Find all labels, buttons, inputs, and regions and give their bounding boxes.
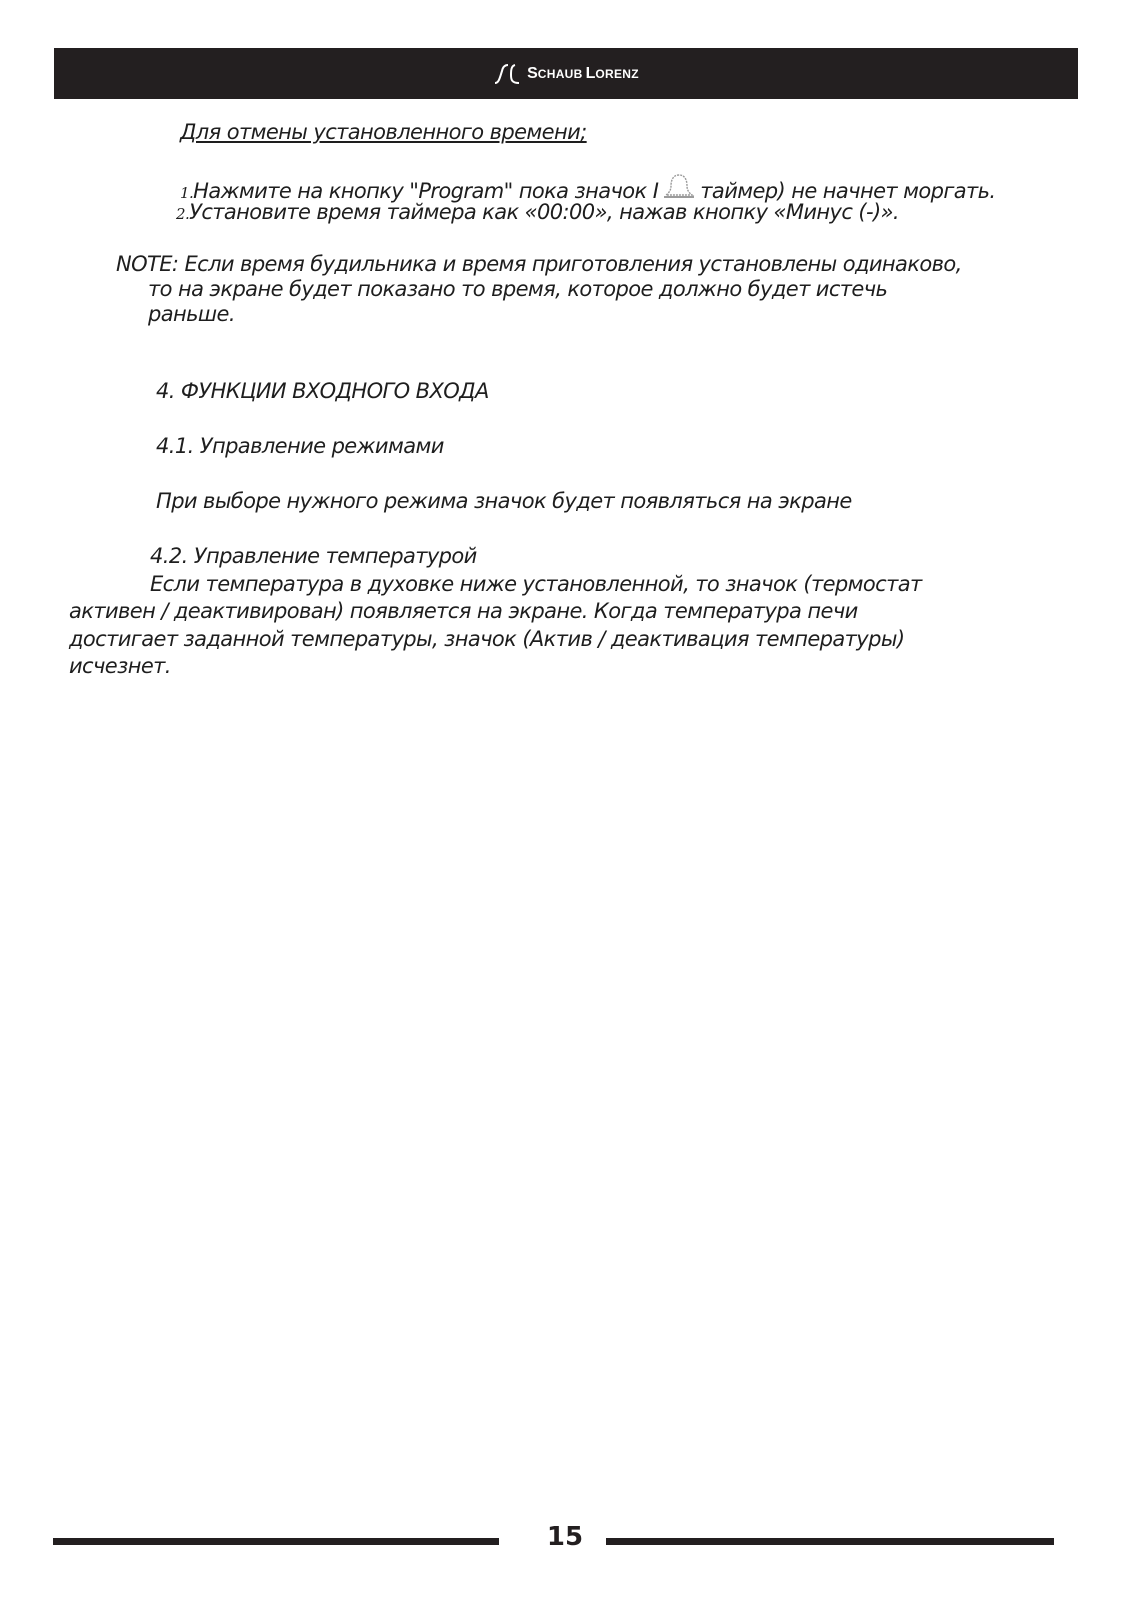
brand-logo: SSchaubCHAUB LORENZ Lorenz <box>493 63 639 85</box>
section-4-2-line-4: исчезнет. <box>69 653 171 680</box>
page-number: 15 <box>540 1522 590 1552</box>
footer-rule-right <box>606 1538 1054 1545</box>
section-4-2-title: 4.2. Управление температурой <box>150 543 477 570</box>
section-4-title: 4. ФУНКЦИИ ВХОДНОГО ВХОДА <box>156 378 489 405</box>
section-4-1-title: 4.1. Управление режимами <box>156 433 444 460</box>
section-4-2-line-3: достигает заданной температуры, значок (… <box>69 626 904 653</box>
note-line-2: то на экране будет показано то время, ко… <box>148 276 887 303</box>
brand-header-bar: SSchaubCHAUB LORENZ Lorenz <box>54 48 1078 99</box>
cancel-section-title: Для отмены установленного времени; <box>180 119 587 146</box>
section-4-1-text: При выборе нужного режима значок будет п… <box>156 488 852 515</box>
note-line-1: NOTE: Если время будильника и время приг… <box>116 251 962 278</box>
bell-timer-icon <box>662 172 696 202</box>
note-line-3: раньше. <box>148 301 235 328</box>
schaub-lorenz-logo-icon <box>493 63 523 85</box>
section-4-2-line-1: Если температура в духовке ниже установл… <box>150 571 922 598</box>
footer-rule-left <box>53 1538 499 1545</box>
section-4-2-line-2: активен / деактивирован) появляется на э… <box>69 598 858 625</box>
cancel-step-2: 2.Установите время таймера как «00:00», … <box>176 199 899 228</box>
